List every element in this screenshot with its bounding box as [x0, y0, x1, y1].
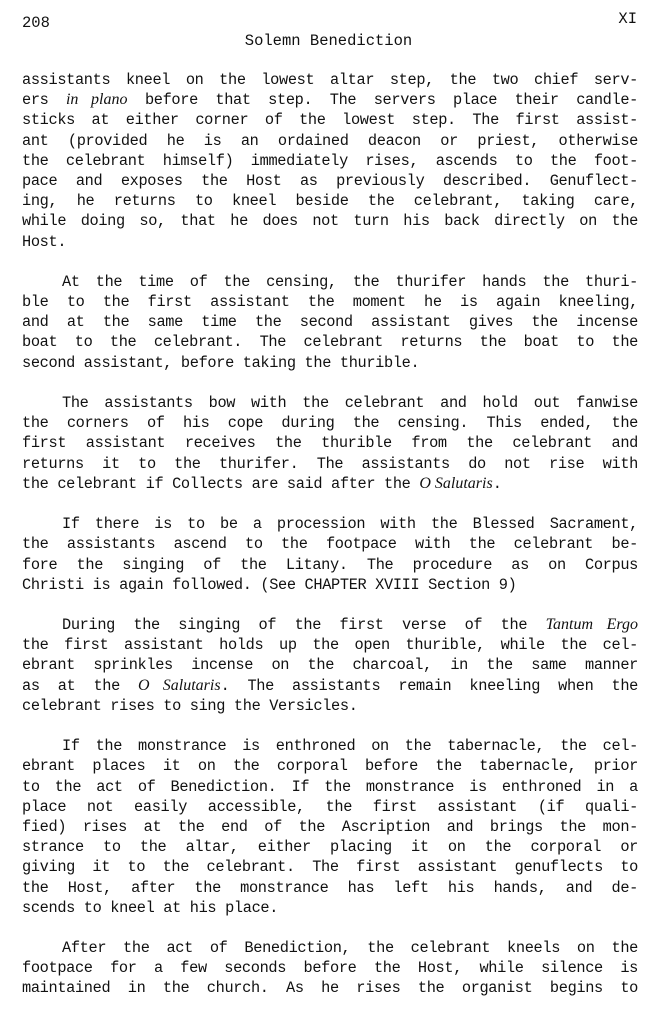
text-line: ers in plano before that step. The serve…	[22, 90, 638, 110]
text-line: After the act of Benediction, the celebr…	[22, 938, 638, 958]
paragraph: If there is to be a procession with the …	[22, 514, 638, 595]
italic-term: in plano	[66, 91, 128, 108]
text-line: ant (provided he is an ordained deacon o…	[22, 131, 638, 151]
text-line: while doing so, that he does not turn hi…	[22, 211, 638, 231]
text-line: ebrant places it on the corporal before …	[22, 756, 638, 776]
text-line: the celebrant himself) immediately rises…	[22, 151, 638, 171]
paragraph: During the singing of the first verse of…	[22, 615, 638, 716]
text-line: returns it to the thurifer. The assistan…	[22, 454, 638, 474]
text-line: If there is to be a procession with the …	[22, 514, 638, 534]
text-line: ebrant sprinkles incense on the charcoal…	[22, 655, 638, 675]
text-line: the Host, after the monstrance has left …	[22, 878, 638, 898]
text-line: assistants kneel on the lowest altar ste…	[22, 70, 638, 90]
italic-term: O Salutaris	[138, 677, 221, 694]
paragraph: After the act of Benediction, the celebr…	[22, 938, 638, 999]
paragraph: assistants kneel on the lowest altar ste…	[22, 70, 638, 252]
text-line: scends to kneel at his place.	[22, 898, 638, 918]
text-line: as at the O Salutaris. The assistants re…	[22, 676, 638, 696]
text-line: giving it to the celebrant. The first as…	[22, 857, 638, 877]
text-line: second assistant, before taking the thur…	[22, 353, 638, 373]
text-line: celebrant rises to sing the Versicles.	[22, 696, 638, 716]
text-line: pace and exposes the Host as previously …	[22, 171, 638, 191]
text-line: At the time of the censing, the thurifer…	[22, 272, 638, 292]
text-line: first assistant receives the thurible fr…	[22, 433, 638, 453]
text-line: the corners of his cope during the censi…	[22, 413, 638, 433]
page-number: 208	[22, 14, 50, 32]
text-line: place not easily accessible, the first a…	[22, 797, 638, 817]
text-line: sticks at either corner of the lowest st…	[22, 110, 638, 130]
text-line: boat to the celebrant. The celebrant ret…	[22, 332, 638, 352]
text-line: and at the same time the second assistan…	[22, 312, 638, 332]
paragraph: The assistants bow with the celebrant an…	[22, 393, 638, 494]
text-line: Christi is again followed. (See CHAPTER …	[22, 575, 638, 595]
running-title: Solemn Benediction	[0, 32, 657, 50]
paragraph: If the monstrance is enthroned on the ta…	[22, 736, 638, 918]
text-line: fied) rises at the end of the Ascription…	[22, 817, 638, 837]
italic-term: Tantum Ergo	[546, 616, 638, 633]
text-line: The assistants bow with the celebrant an…	[22, 393, 638, 413]
chapter-number: XI	[618, 10, 637, 28]
text-line: fore the singing of the Litany. The proc…	[22, 555, 638, 575]
text-line: ing, he returns to kneel beside the cele…	[22, 191, 638, 211]
text-line: footpace for a few seconds before the Ho…	[22, 958, 638, 978]
text-line: maintained in the church. As he rises th…	[22, 978, 638, 998]
text-line: strance to the altar, either placing it …	[22, 837, 638, 857]
text-line: If the monstrance is enthroned on the ta…	[22, 736, 638, 756]
text-line: ble to the first assistant the moment he…	[22, 292, 638, 312]
text-line: Host.	[22, 232, 638, 252]
body-text: assistants kneel on the lowest altar ste…	[22, 70, 638, 1019]
italic-term: O Salutaris	[419, 475, 492, 492]
text-line: the first assistant holds up the open th…	[22, 635, 638, 655]
text-line: to the act of Benediction. If the monstr…	[22, 777, 638, 797]
text-line: the assistants ascend to the footpace wi…	[22, 534, 638, 554]
paragraph: At the time of the censing, the thurifer…	[22, 272, 638, 373]
text-line: the celebrant if Collects are said after…	[22, 474, 638, 494]
text-line: During the singing of the first verse of…	[22, 615, 638, 635]
